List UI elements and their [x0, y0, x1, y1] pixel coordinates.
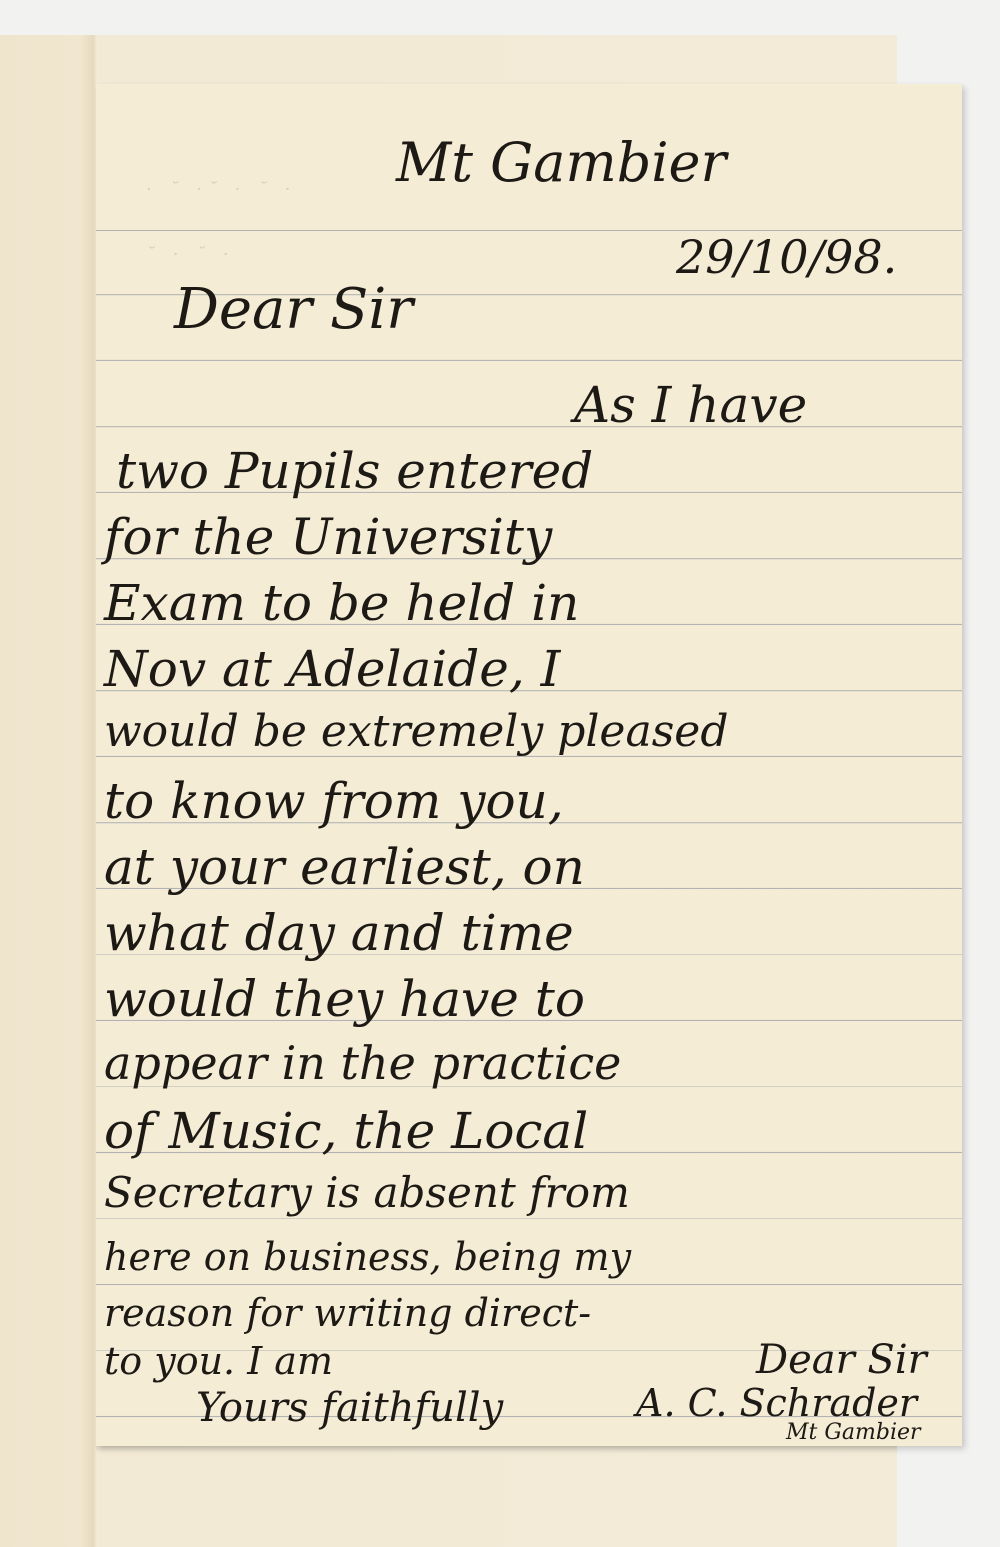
body-line: to you. I am — [104, 1342, 333, 1380]
letter-page: · ˘ ·˘ · ˘ · ˘ · ˘ · Mt Gambier 29/10/98… — [96, 84, 962, 1446]
salutation: Dear Sir — [174, 282, 413, 338]
body-line: Secretary is absent from — [104, 1172, 630, 1214]
bleed-through-marks: ˘ · ˘ · — [146, 244, 235, 265]
letter-place: Mt Gambier — [396, 136, 726, 190]
body-line: two Pupils entered — [116, 446, 593, 496]
body-line: what day and time — [104, 908, 574, 958]
sheet-shadow — [96, 1446, 897, 1452]
body-line: here on business, being my — [104, 1238, 631, 1276]
bleed-through-marks: · ˘ ·˘ · ˘ · — [146, 179, 297, 200]
body-line: As I have — [574, 380, 807, 430]
body-line: of Music, the Local — [104, 1106, 588, 1156]
closing: Yours faithfully — [196, 1388, 503, 1428]
signature-place: Mt Gambier — [786, 1422, 921, 1444]
body-line: Nov at Adelaide, I — [104, 644, 560, 694]
closing-salutation: Dear Sir — [756, 1340, 927, 1380]
letter-date: 29/10/98. — [676, 234, 897, 280]
signature: A. C. Schrader — [636, 1384, 917, 1422]
body-line: Exam to be held in — [104, 578, 579, 628]
body-line: for the University — [104, 512, 552, 562]
body-line: would they have to — [104, 974, 585, 1024]
body-line: would be extremely pleased — [104, 710, 729, 754]
body-line: appear in the practice — [104, 1040, 621, 1086]
body-line: reason for writing direct- — [104, 1294, 591, 1332]
body-line: at your earliest, on — [104, 842, 585, 892]
body-line: to know from you, — [104, 776, 564, 826]
